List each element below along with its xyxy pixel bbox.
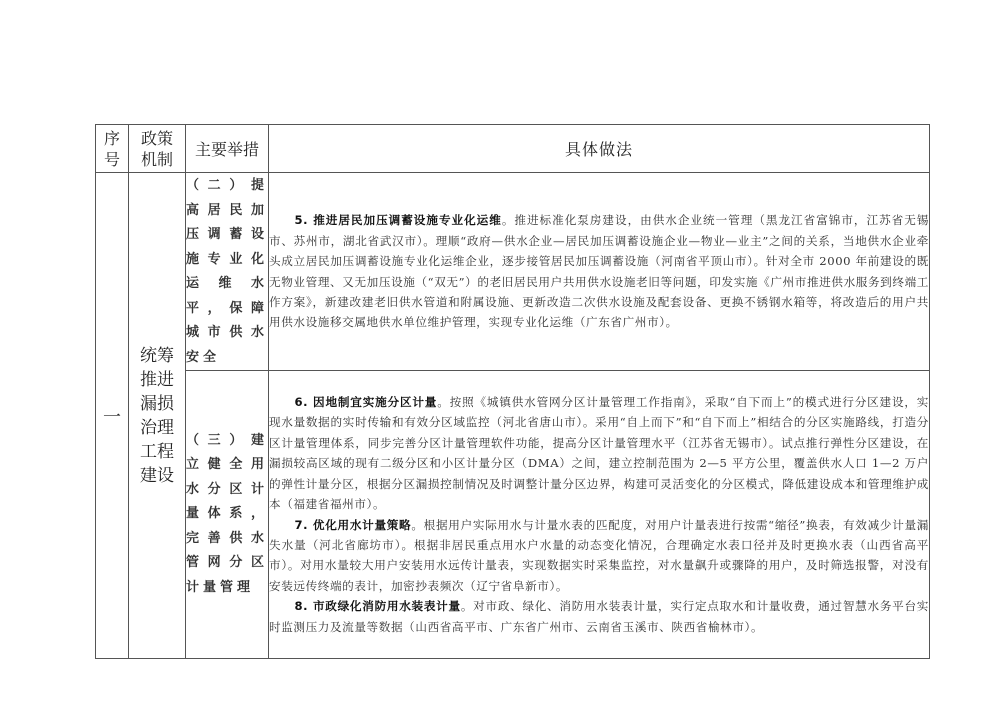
header-mechanism-line: 机制 <box>129 149 185 170</box>
detail-lead: 8. 市政绿化消防用水装表计量 <box>295 599 461 613</box>
detail-lead: 6. 因地制宜实施分区计量 <box>295 395 438 409</box>
header-details: 具体做法 <box>269 125 930 173</box>
header-main-measures: 主要举措 <box>186 125 269 173</box>
header-mechanism-line: 政策 <box>129 128 185 149</box>
table-header-row: 序 号 政策 机制 主要举措 具体做法 <box>96 125 930 173</box>
detail-paragraph: 5. 推进居民加压调蓄设施专业化运维。推进标准化泵房建设，由供水企业统一管理（黑… <box>269 210 929 332</box>
policy-measures-table: 序 号 政策 机制 主要举措 具体做法 一 统筹 推进 漏损 治理 工程 建设 … <box>95 124 930 659</box>
table-row: 一 统筹 推进 漏损 治理 工程 建设 （二）提高居民加压调蓄设施专业化运维水平… <box>96 173 930 371</box>
mechanism-line: 漏损 <box>129 392 185 416</box>
detail-paragraph: 7. 优化用水计量策略。根据用户实际用水与计量水表的匹配度，对用户计量表进行按需… <box>269 515 929 597</box>
mechanism-line: 治理 <box>129 416 185 440</box>
measure-title: （二）提高居民加压调蓄设施专业化运维水平，保障城市供水安全 <box>186 173 269 371</box>
mechanism-line: 推进 <box>129 368 185 392</box>
detail-paragraph: 6. 因地制宜实施分区计量。按照《城镇供水管网分区计量管理工作指南》，采取“自下… <box>269 392 929 514</box>
header-seq-line: 号 <box>96 149 128 170</box>
mechanism-line: 统筹 <box>129 344 185 368</box>
detail-text: 。推进标准化泵房建设，由供水企业统一管理（黑龙江省富锦市，江苏省无锡市、苏州市，… <box>269 213 929 329</box>
detail-paragraph: 8. 市政绿化消防用水装表计量。对市政、绿化、消防用水装表计量，实行定点取水和计… <box>269 596 929 637</box>
row-seq: 一 <box>96 173 129 659</box>
detail-text: 。按照《城镇供水管网分区计量管理工作指南》，采取“自下而上”的模式进行分区建设，… <box>269 395 929 511</box>
mechanism-line: 工程 <box>129 440 185 464</box>
measure-details: 6. 因地制宜实施分区计量。按照《城镇供水管网分区计量管理工作指南》，采取“自下… <box>269 371 930 659</box>
detail-lead: 5. 推进居民加压调蓄设施专业化运维 <box>295 213 502 227</box>
mechanism-line: 建设 <box>129 464 185 488</box>
measure-details: 5. 推进居民加压调蓄设施专业化运维。推进标准化泵房建设，由供水企业统一管理（黑… <box>269 173 930 371</box>
detail-lead: 7. 优化用水计量策略 <box>295 518 412 532</box>
header-mechanism: 政策 机制 <box>129 125 186 173</box>
measure-title: （三）建立健全用水分区计量体系，完善供水管网分区计量管理 <box>186 371 269 659</box>
header-seq: 序 号 <box>96 125 129 173</box>
row-mechanism: 统筹 推进 漏损 治理 工程 建设 <box>129 173 186 659</box>
header-seq-line: 序 <box>96 128 128 149</box>
table-row: （三）建立健全用水分区计量体系，完善供水管网分区计量管理 6. 因地制宜实施分区… <box>96 371 930 659</box>
